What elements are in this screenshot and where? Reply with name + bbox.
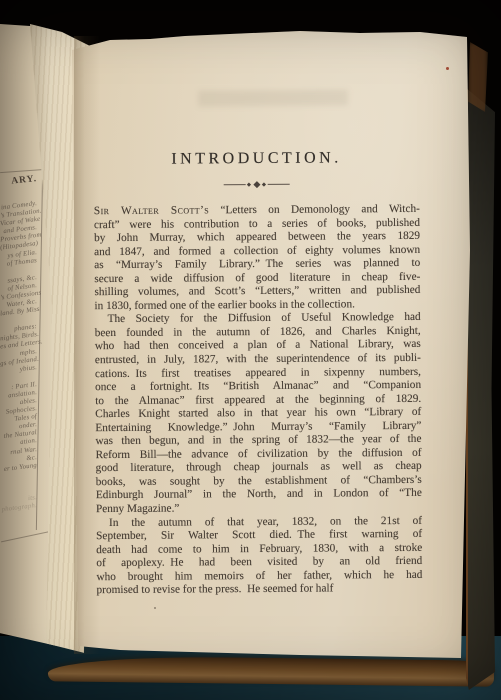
left-page-box-border-bottom bbox=[1, 531, 50, 542]
book-cover-right-edge bbox=[466, 88, 495, 690]
left-page-heading-fragment: ARY. bbox=[0, 174, 38, 188]
page-body: Sir Walter Scott’s “Letters on Demonolog… bbox=[94, 203, 423, 598]
ink-bleed-through bbox=[198, 89, 348, 106]
page-content: INTRODUCTION. Sir Walter Scott’s “Letter… bbox=[93, 149, 422, 598]
paragraph: The Society for the Diffusion of Useful … bbox=[95, 311, 422, 516]
left-page-box-border-top bbox=[0, 169, 44, 173]
cover-corner-wear bbox=[468, 42, 488, 112]
book-photograph: ARY. ina Comedy.’s Translation.Vicar of … bbox=[0, 0, 501, 700]
fragment-group: ina Comedy.’s Translation.Vicar of Wakea… bbox=[0, 200, 37, 265]
text-line: Edinburgh Journal” in the North, and in … bbox=[96, 487, 422, 503]
fragment-group: phanes:nights, Birds.es and Letters.mphs… bbox=[0, 323, 37, 372]
dark-paper-speck bbox=[154, 607, 156, 609]
text-line: promised to revise for the press. He see… bbox=[96, 582, 422, 598]
fragment-group: its.photograph. bbox=[0, 494, 37, 510]
left-page-fragments: ARY. ina Comedy.’s Translation.Vicar of … bbox=[0, 174, 37, 519]
fragment-group: : Part II.anslation.ables.Sophocles.Tale… bbox=[0, 381, 37, 470]
paragraph: Sir Walter Scott’s “Letters on Demonolog… bbox=[94, 203, 421, 314]
book-page-block-bottom-edge bbox=[48, 655, 494, 686]
small-caps-lead: Sir Walter Scott’s bbox=[94, 204, 209, 217]
red-foxing-speck bbox=[446, 67, 449, 70]
text-line: who brought him memoirs of her father, w… bbox=[96, 569, 422, 585]
fragment-group: ssays, &c.of Nelson.’s ConfessionsWater,… bbox=[0, 274, 37, 314]
left-page-fragment-groups: ina Comedy.’s Translation.Vicar of Wakea… bbox=[0, 200, 37, 510]
page-title: INTRODUCTION. bbox=[93, 149, 419, 169]
diamond-rule-divider-icon bbox=[94, 180, 420, 188]
text-line: shilling volumes, and Scott’s “Letters,”… bbox=[94, 284, 420, 300]
paragraph: In the autumn of that year, 1832, on the… bbox=[96, 514, 423, 598]
